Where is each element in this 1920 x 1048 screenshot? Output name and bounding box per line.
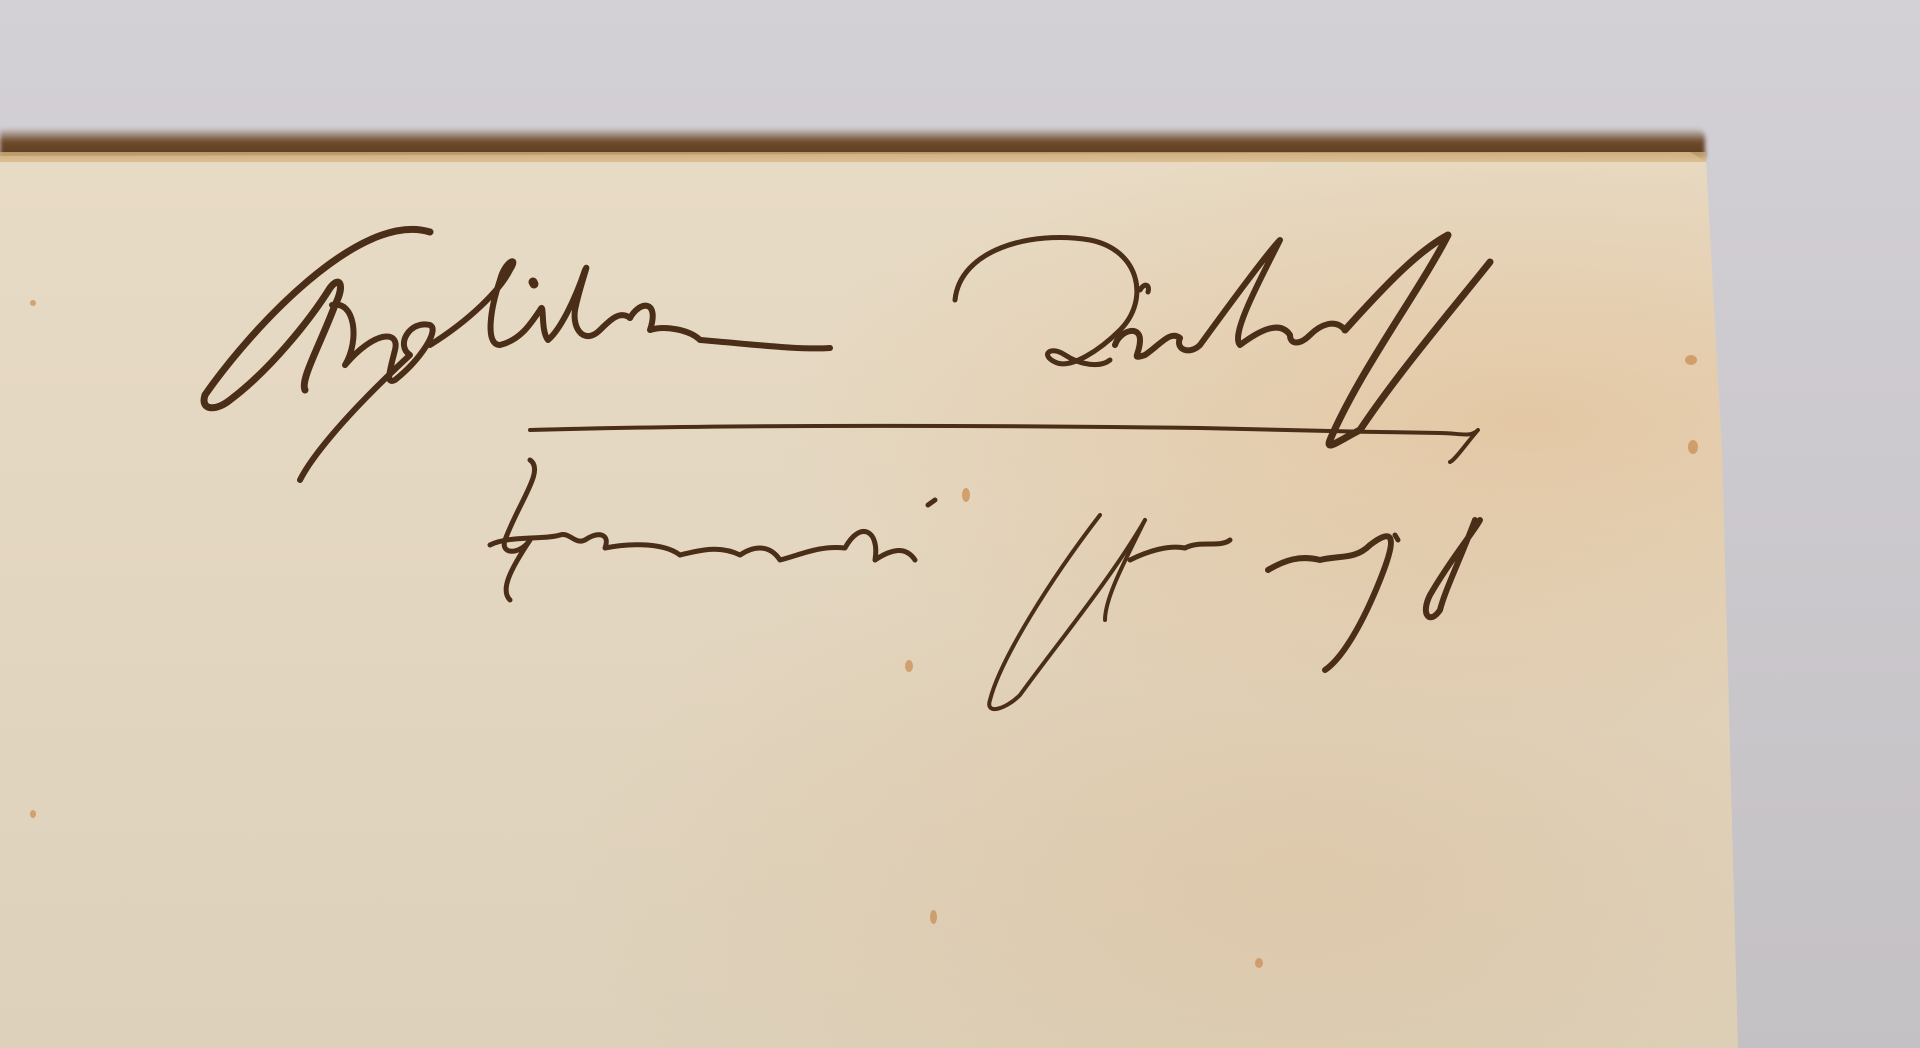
handwriting-ink <box>0 0 1920 1048</box>
